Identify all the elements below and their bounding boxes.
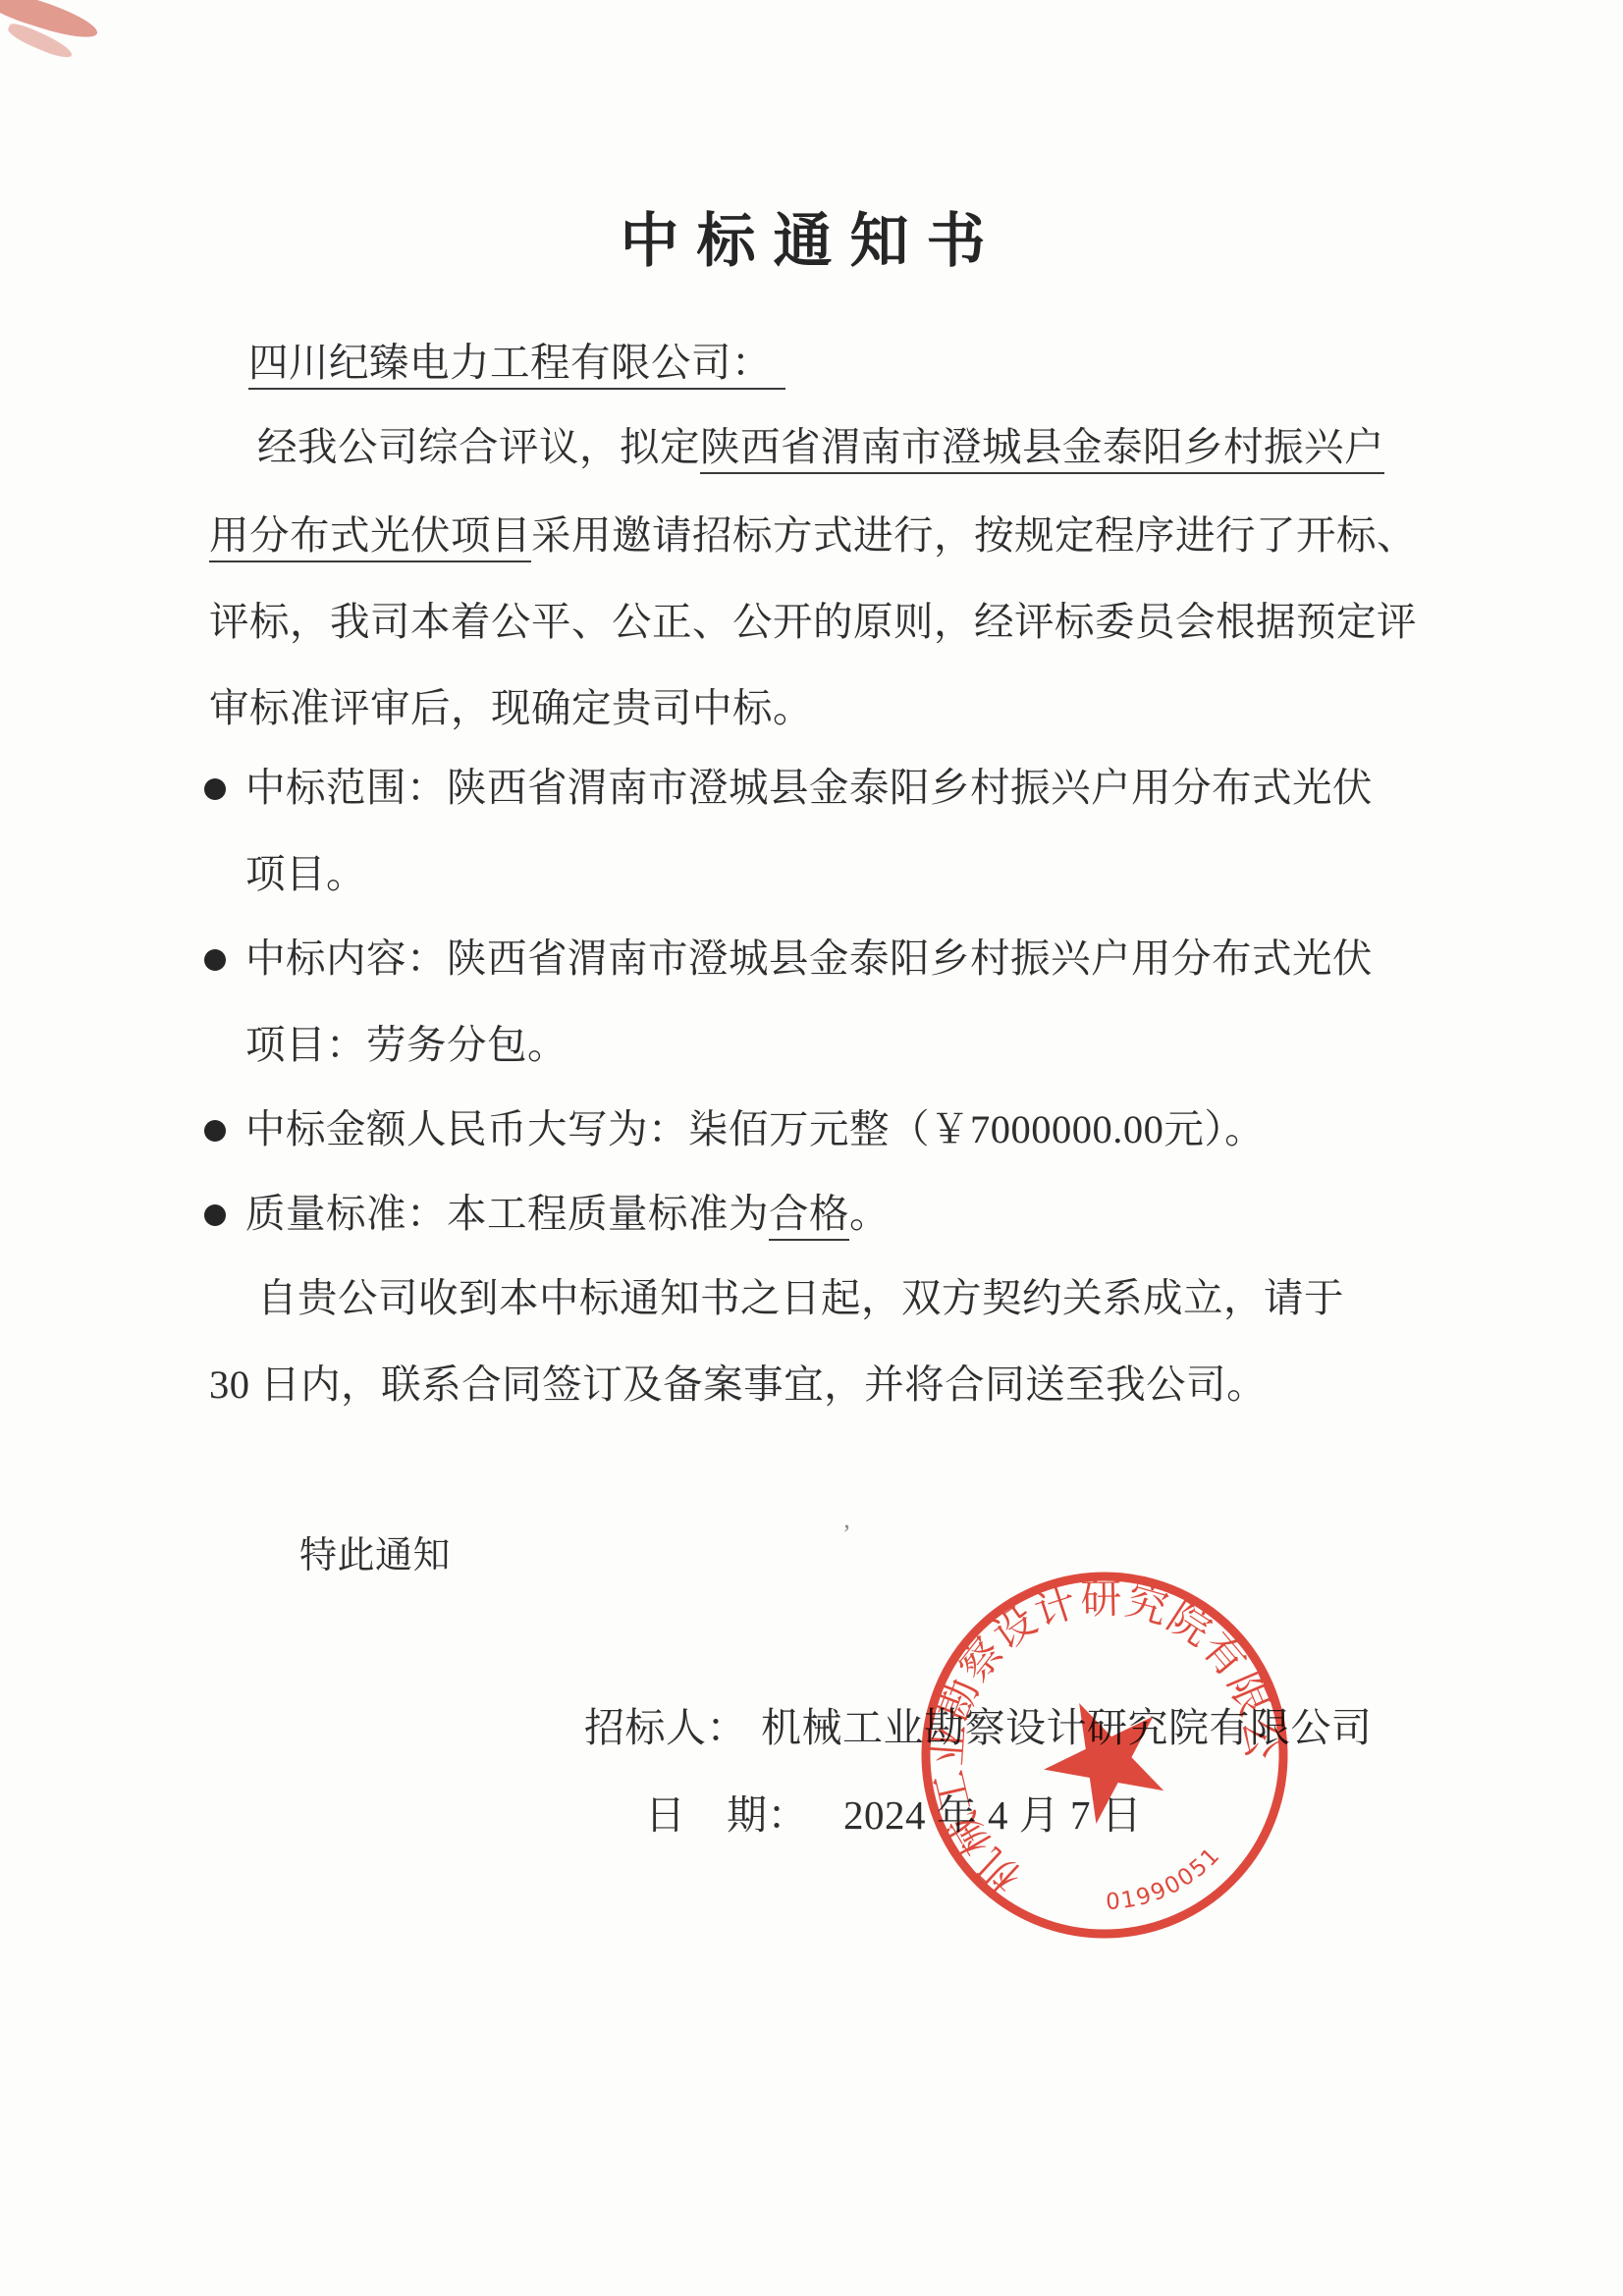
recipient-line: 四川纪臻电力工程有限公司： bbox=[248, 341, 785, 386]
paragraph2-line1: 自贵公司收到本中标通知书之日起，双方契约关系成立，请于 bbox=[257, 1276, 1344, 1321]
notice-line: 特此通知 bbox=[299, 1533, 451, 1578]
underlined-project-name: 陕西省渭南市澄城县金泰阳乡村振兴户 bbox=[700, 425, 1384, 474]
bullet1-line1: 中标范围：陕西省渭南市澄城县金泰阳乡村振兴户用分布式光伏 bbox=[245, 766, 1373, 811]
document-title: 中标通知书 bbox=[621, 194, 1003, 279]
paragraph1-line1: 经我公司综合评议，拟定陕西省渭南市澄城县金泰阳乡村振兴户 bbox=[257, 425, 1384, 470]
bullet2-line2: 项目：劳务分包。 bbox=[245, 1023, 568, 1068]
bullet4-line: 质量标准：本工程质量标准为合格。 bbox=[245, 1192, 890, 1237]
bullet-icon bbox=[204, 949, 226, 971]
bullet1-line2: 项目。 bbox=[245, 852, 366, 897]
seal-company-text: 机械工业勘察设计研究院有限公司 bbox=[842, 1493, 1306, 1928]
bidder-label: 招标人： bbox=[584, 1705, 747, 1750]
paragraph1-line3: 评标，我司本着公平、公正、公开的原则，经评标委员会根据预定评 bbox=[209, 600, 1417, 645]
company-seal: 机械工业勘察设计研究院有限公司 01990051551 bbox=[842, 1493, 1368, 2018]
bullet-icon bbox=[204, 1204, 226, 1226]
scan-speck: ’ bbox=[842, 1520, 851, 1549]
bullet3-line: 中标金额人民币大写为：柒佰万元整（￥7000000.00元）。 bbox=[245, 1107, 1265, 1152]
paragraph1-line2: 用分布式光伏项目采用邀请招标方式进行，按规定程序进行了开标、 bbox=[209, 513, 1417, 559]
bullet-icon bbox=[204, 1120, 226, 1142]
bullet-icon bbox=[204, 778, 226, 800]
seal-star-icon bbox=[1024, 1677, 1184, 1834]
underlined-project-name: 用分布式光伏项目 bbox=[209, 513, 531, 562]
underlined-quality-grade: 合格 bbox=[769, 1192, 849, 1241]
date-label: 日 期： bbox=[645, 1792, 808, 1838]
paragraph1-line4: 审标准评审后，现确定贵司中标。 bbox=[209, 686, 813, 731]
paragraph2-line2: 30 日内，联系合同签订及备案事宜，并将合同送至我公司。 bbox=[209, 1362, 1267, 1408]
document-page: 中标通知书 四川纪臻电力工程有限公司： 经我公司综合评议，拟定陕西省渭南市澄城县… bbox=[0, 0, 1623, 2296]
svg-text:机械工业勘察设计研究院有限公司: 机械工业勘察设计研究院有限公司 bbox=[842, 1493, 1306, 1928]
recipient-name: 四川纪臻电力工程有限公司： bbox=[248, 341, 785, 390]
bullet2-line1: 中标内容：陕西省渭南市澄城县金泰阳乡村振兴户用分布式光伏 bbox=[245, 936, 1373, 982]
